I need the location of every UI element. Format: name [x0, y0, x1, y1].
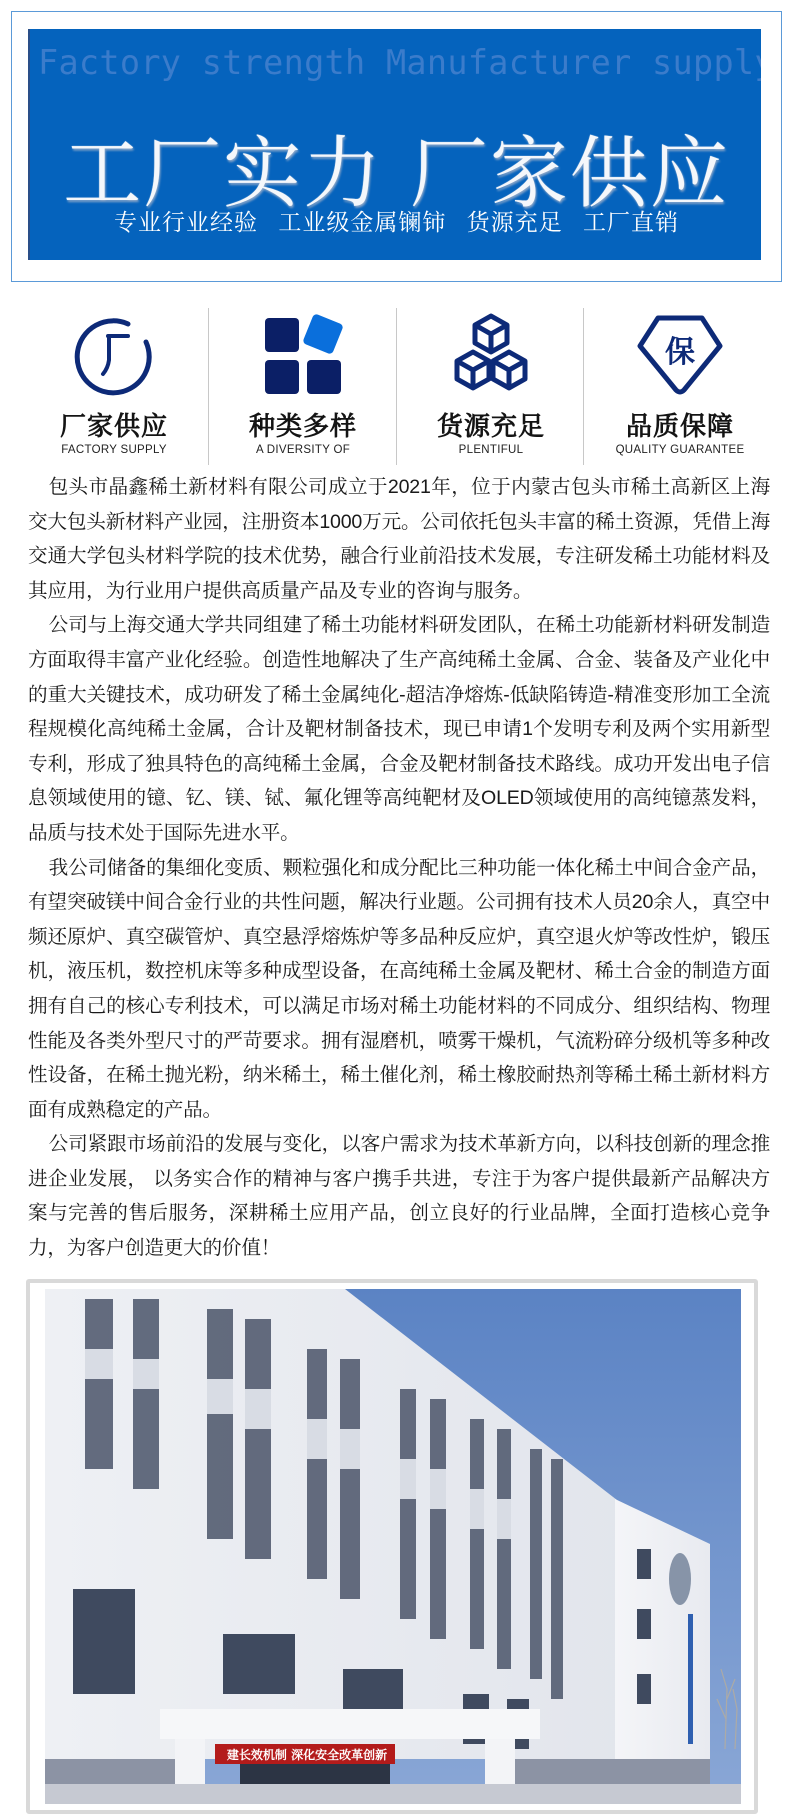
building-photo-frame: 建长效机制 深化安全改革创新 [26, 1279, 758, 1814]
banner-tag: 货源充足 [467, 210, 563, 236]
feature-quality-guarantee: 保 品质保障 QUALITY GUARANTEE [586, 298, 774, 466]
feature-subtitle: A DIVERSITY OF [209, 444, 397, 456]
intro-paragraph: 包头市晶鑫稀土新材料有限公司成立于2021年，位于内蒙古包头市稀土高新区上海交大… [28, 470, 770, 608]
feature-subtitle: QUALITY GUARANTEE [586, 444, 774, 456]
feature-subtitle: PLENTIFUL [397, 444, 585, 456]
rnd-paragraph: 公司与上海交通大学共同组建了稀土功能材料研发团队，在稀土功能新材料研发制造方面取… [28, 608, 770, 850]
banner-tag: 专业行业经验 [114, 210, 258, 236]
feature-title: 货源充足 [397, 406, 585, 443]
feature-divider [583, 308, 584, 465]
feature-title: 品质保障 [586, 406, 774, 443]
factory-circle-icon [66, 308, 162, 404]
banner-tag: 工业级金属镧铈 [278, 210, 446, 236]
feature-plentiful: 货源充足 PLENTIFUL [397, 298, 585, 466]
feature-factory-supply: 厂家供应 FACTORY SUPPLY [20, 298, 208, 466]
banner-english-heading: Factory strength Manufacturer supply [38, 43, 758, 82]
svg-text:建长效机制 深化安全改革创新: 建长效机制 深化安全改革创新 [227, 1747, 387, 1762]
banner-tag: 工厂直销 [583, 210, 679, 236]
mission-paragraph: 公司紧跟市场前沿的发展与变化，以客户需求为技术革新方向，以科技创新的理念推进企业… [28, 1127, 770, 1265]
feature-title: 厂家供应 [20, 406, 208, 443]
feature-row: 厂家供应 FACTORY SUPPLY 种类多样 A DIVERSITY OF … [20, 298, 780, 466]
stacked-cubes-icon [443, 308, 539, 404]
svg-text:保: 保 [665, 335, 695, 370]
building-photo: 建长效机制 深化安全改革创新 [45, 1289, 741, 1804]
guarantee-shield-icon: 保 [632, 308, 728, 404]
products-paragraph: 我公司储备的集细化变质、颗粒强化和成分配比三种功能一体化稀土中间合金产品，有望突… [28, 851, 770, 1128]
banner-tagline: 专业行业经验 工业级金属镧铈 货源充足 工厂直销 [30, 204, 761, 237]
company-introduction: 包头市晶鑫稀土新材料有限公司成立于2021年，位于内蒙古包头市稀土高新区上海交大… [28, 470, 770, 1266]
feature-title: 种类多样 [209, 406, 397, 443]
feature-diversity: 种类多样 A DIVERSITY OF [209, 298, 397, 466]
building-image: 建长效机制 深化安全改革创新 [45, 1289, 741, 1804]
squares-grid-icon [255, 308, 351, 404]
feature-subtitle: FACTORY SUPPLY [20, 444, 208, 456]
hero-banner: Factory strength Manufacturer supply 工厂实… [28, 29, 761, 260]
